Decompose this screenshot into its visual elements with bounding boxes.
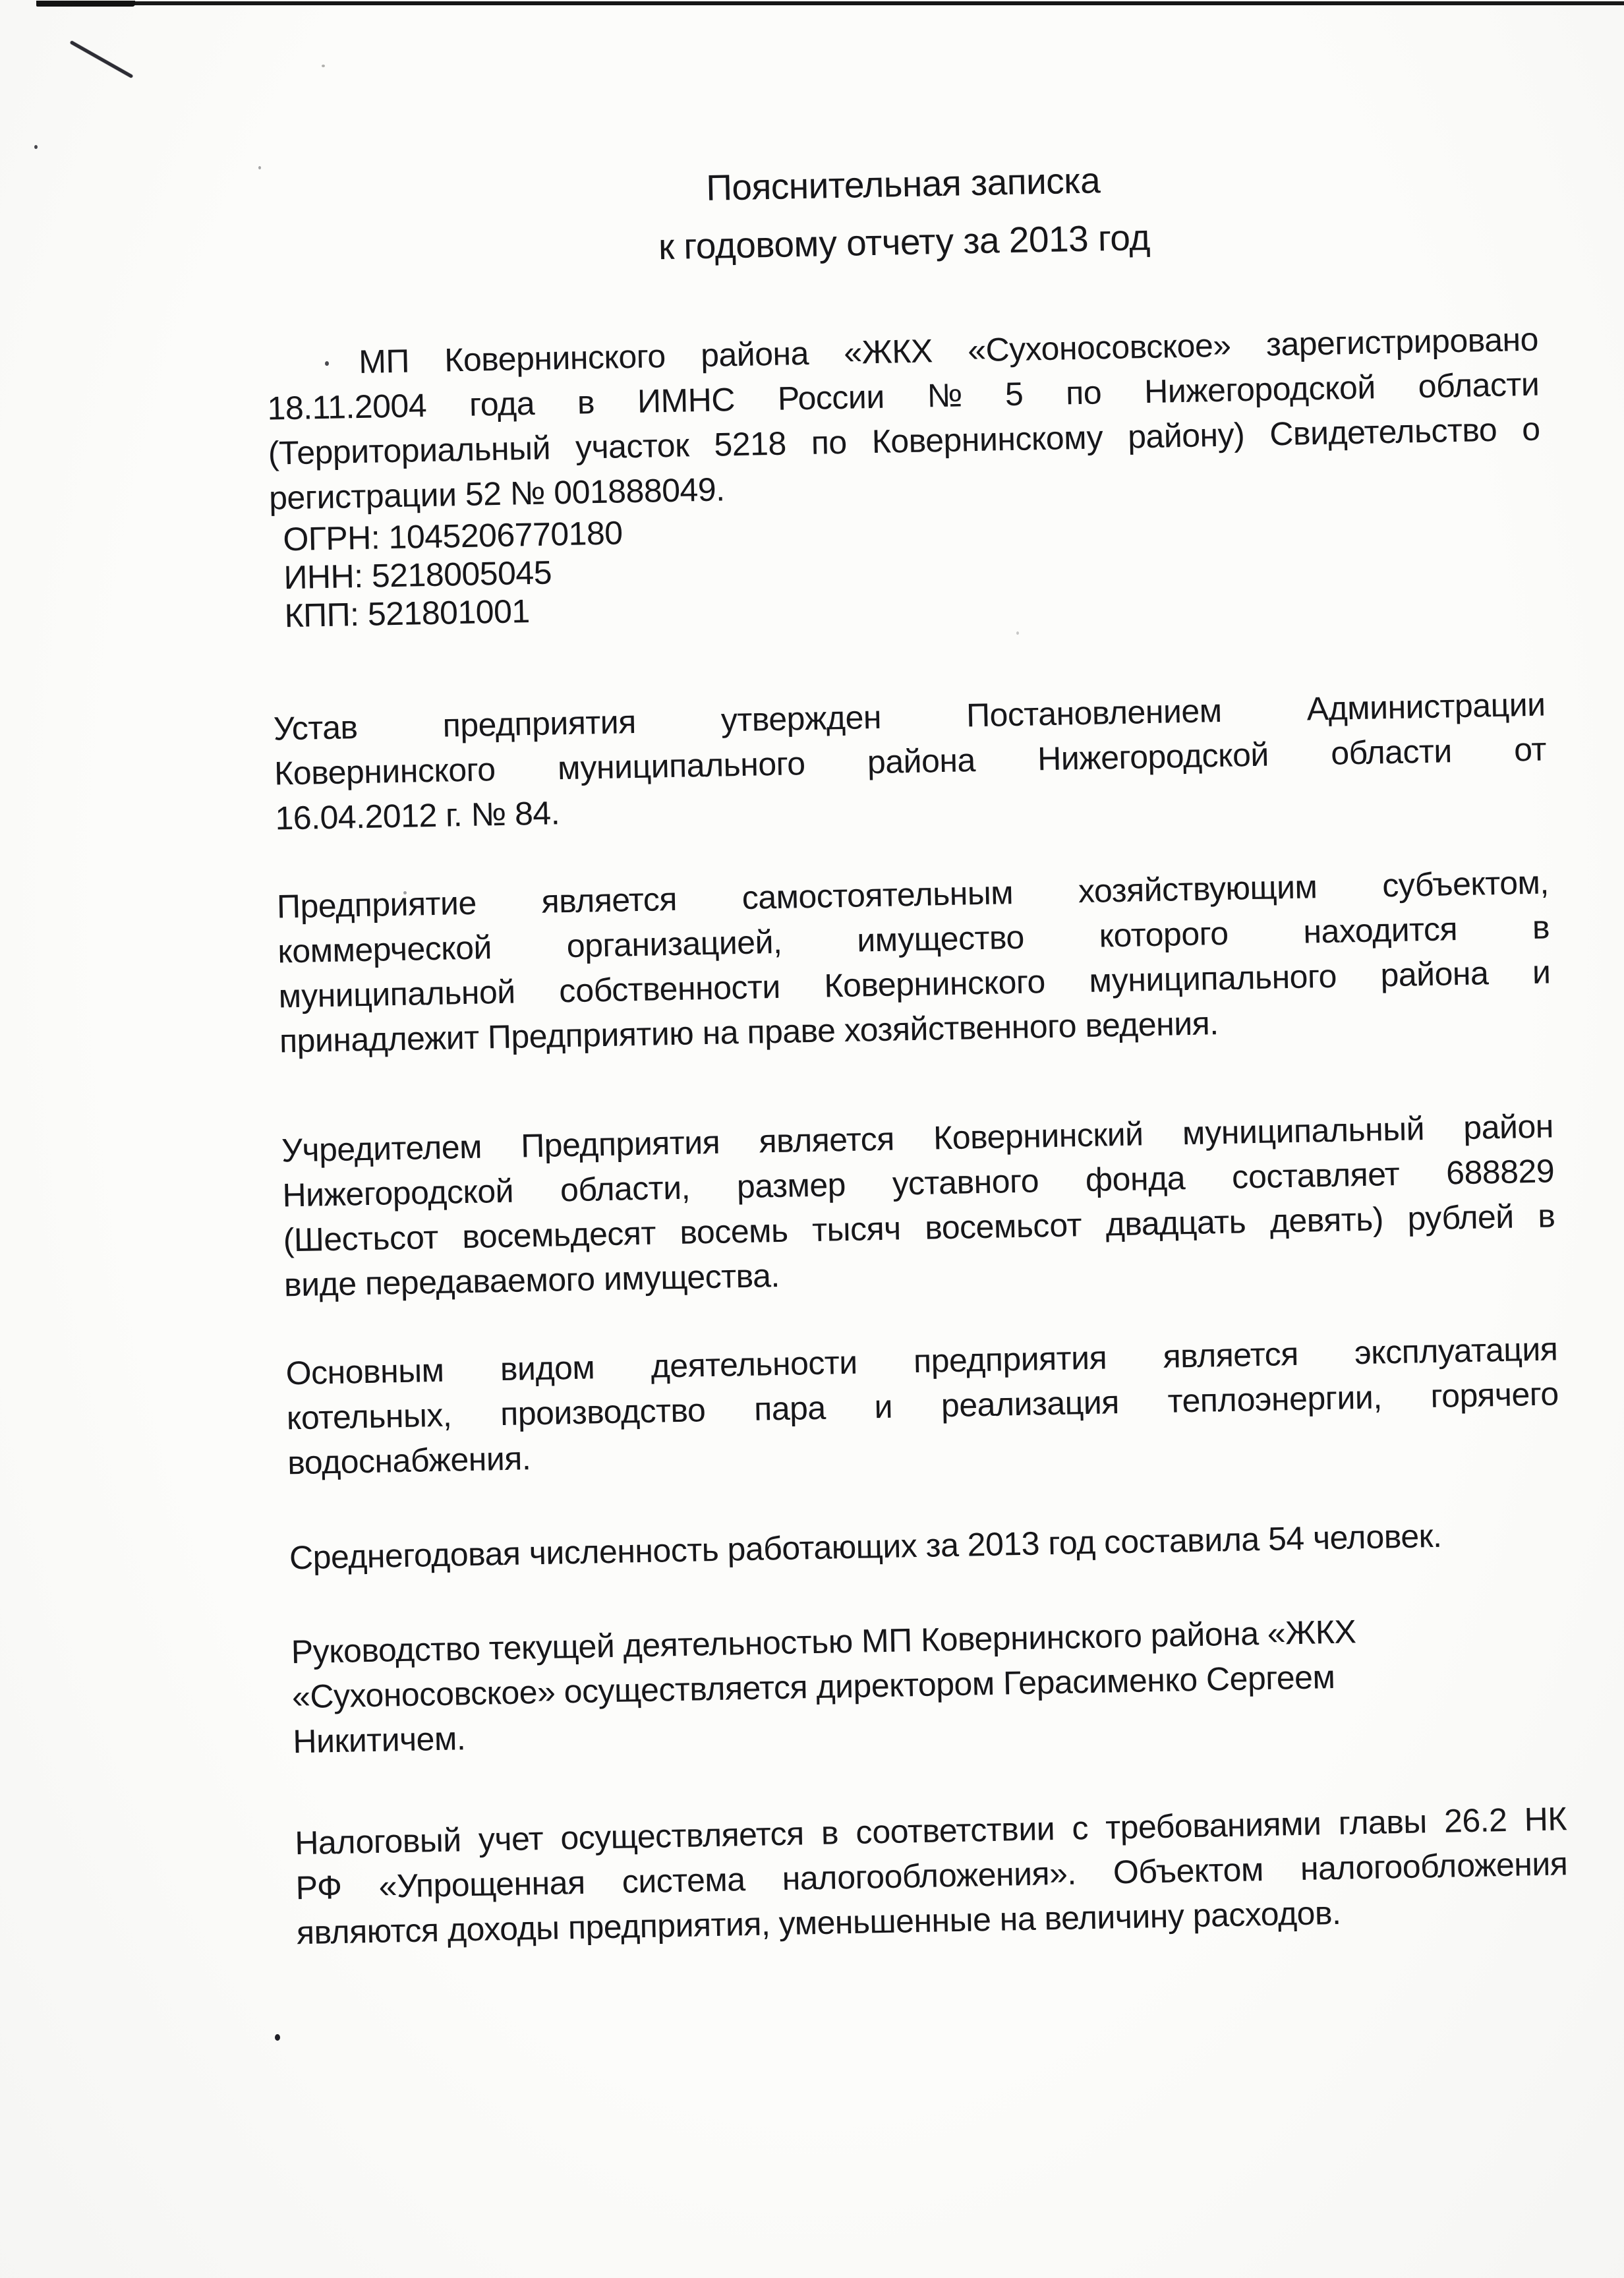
scan-speck bbox=[34, 145, 38, 149]
paragraph-registration: МПКовернинскогорайона«ЖКХ«Сухоносовское»… bbox=[266, 317, 1542, 521]
paragraph-tax-accounting: Налоговыйучетосуществляетсявсоответствии… bbox=[295, 1796, 1569, 1955]
text-line: Среднегодовая численность работающих за … bbox=[289, 1511, 1561, 1580]
document-text: Пояснительная записка к годовому отчету … bbox=[260, 0, 1569, 1955]
paragraph-staff-count: Среднегодовая численность работающих за … bbox=[289, 1511, 1561, 1580]
document-page: Пояснительная записка к годовому отчету … bbox=[0, 0, 1624, 2278]
paragraph-founder: УчредителемПредприятияявляетсяКовернинск… bbox=[281, 1103, 1557, 1307]
document-title: Пояснительная записка к годовому отчету … bbox=[263, 143, 1537, 283]
paragraph-charter: УставпредприятияутвержденПостановлениемА… bbox=[273, 682, 1548, 841]
paragraph-entity-status: Предприятиеявляетсясамостоятельнымхозяйс… bbox=[276, 860, 1551, 1063]
registration-codes: ОГРН: 1045206770180 ИНН: 5218005045 КПП:… bbox=[270, 496, 1544, 635]
paragraph-main-activity: Основнымвидомдеятельностипредприятияявля… bbox=[285, 1326, 1560, 1485]
paragraph-management: Руководство текущей деятельностью МП Ков… bbox=[291, 1605, 1565, 1764]
pen-stroke-mark bbox=[70, 40, 133, 78]
scan-top-edge-left bbox=[36, 1, 135, 7]
ink-dot bbox=[275, 2034, 280, 2041]
scan-speck bbox=[258, 166, 261, 169]
